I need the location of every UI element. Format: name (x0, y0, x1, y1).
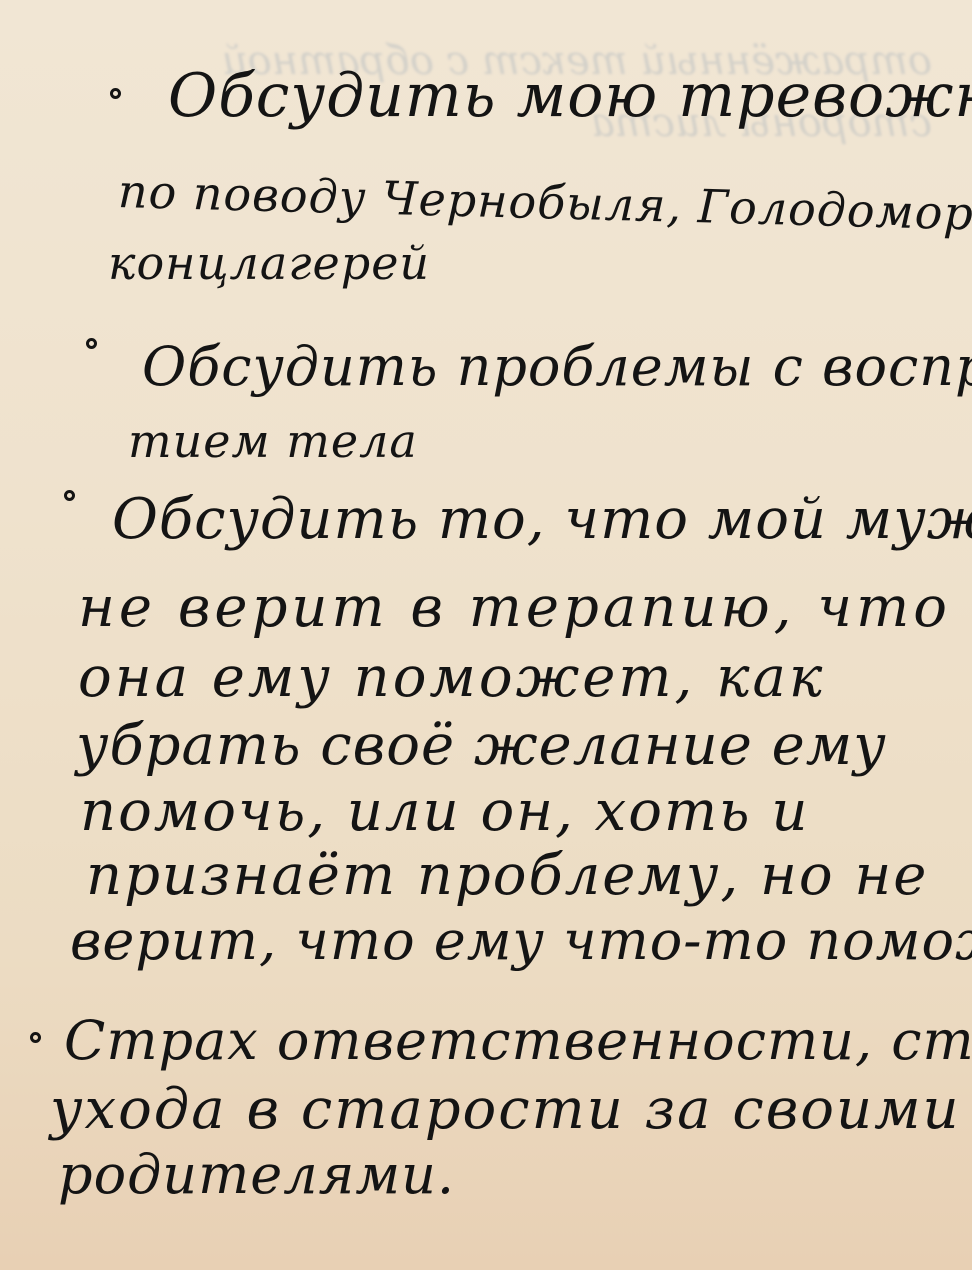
note-line: убрать своё желание ему (76, 718, 887, 774)
bullet-circle-icon (110, 88, 121, 99)
note-line: тием тела (128, 418, 418, 464)
bullet-circle-icon (64, 490, 75, 501)
note-line: Обсудить проблемы с восприя- (142, 340, 972, 394)
note-line: не верит в терапию, что (78, 580, 951, 636)
bullet-circle-icon (30, 1032, 41, 1043)
note-line: родителями. (58, 1148, 455, 1202)
note-line: концлагерей (108, 240, 430, 286)
handwritten-note-list: Обсудить мою тревожность по поводу Черно… (0, 0, 972, 1270)
note-line: по поводу Чернобыля, Голодомора, (117, 168, 972, 238)
notebook-page: отражённый текст с обратной стороны лист… (0, 0, 972, 1270)
note-line: признаёт проблему, но не (86, 848, 928, 904)
note-line: ухода в старости за своими (50, 1082, 961, 1138)
note-line: Обсудить мою тревожность (168, 66, 972, 126)
note-line: она ему поможет, как (78, 650, 825, 706)
note-line: Страх ответственности, страх (64, 1014, 972, 1068)
note-line: Обсудить то, что мой муж (112, 492, 972, 548)
bullet-circle-icon (86, 338, 97, 349)
note-line: верит, что ему что-то поможет (70, 914, 972, 968)
note-line: помочь, или он, хоть и (80, 784, 809, 840)
